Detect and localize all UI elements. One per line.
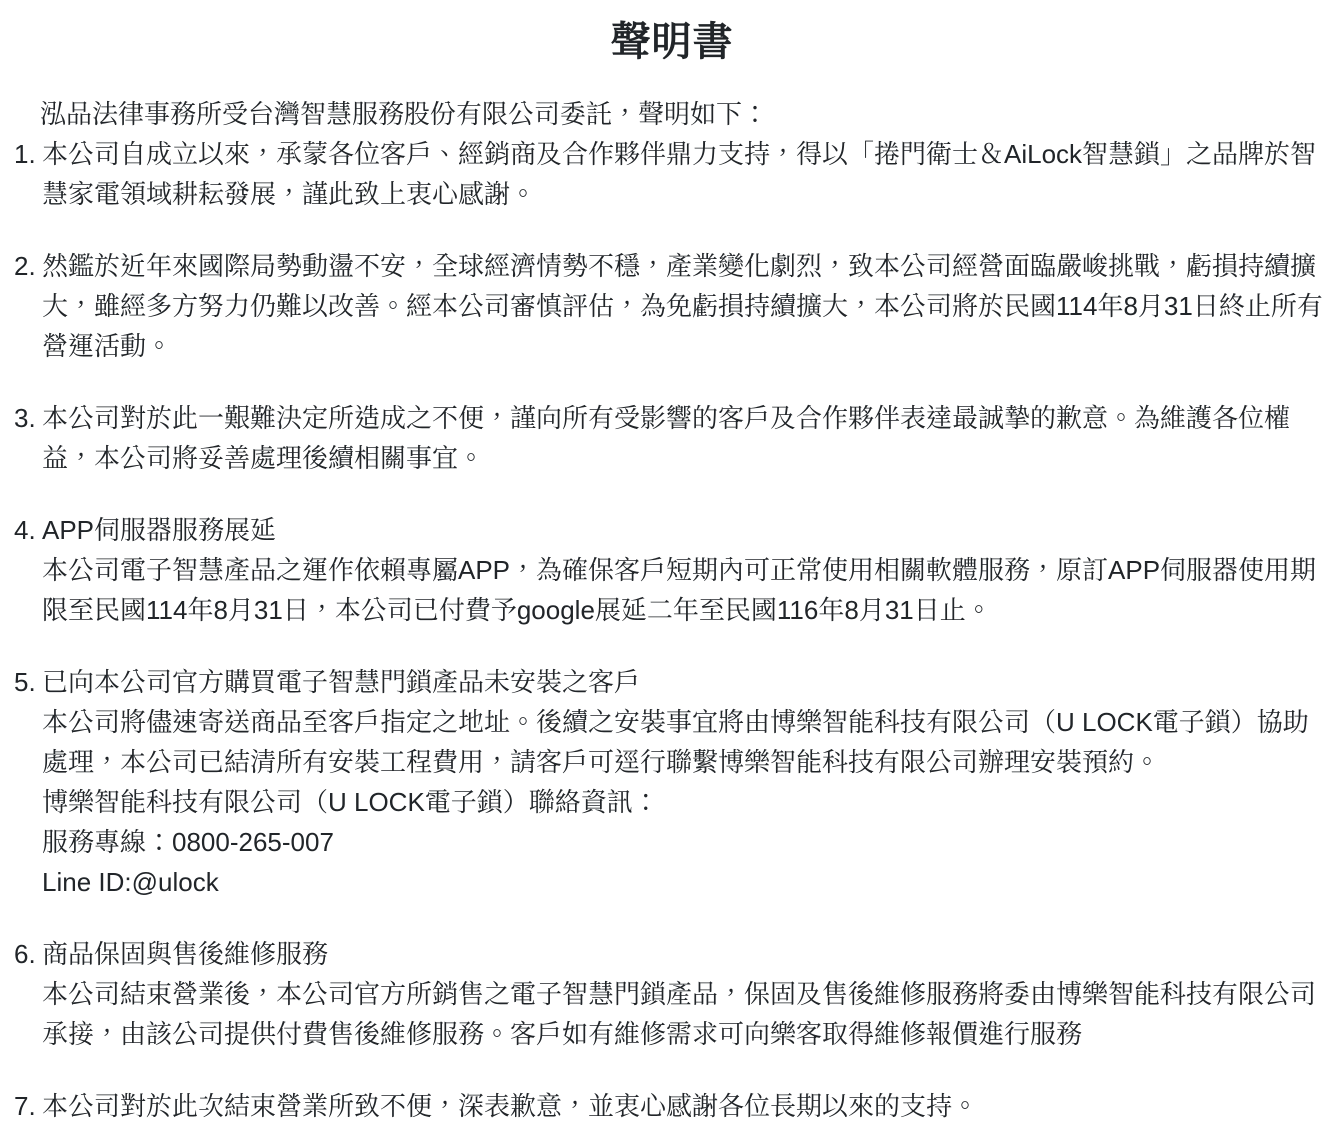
item-text: 本公司對於此一艱難決定所造成之不便，謹向所有受影響的客戶及合作夥伴表達最誠摯的歉…	[42, 398, 1326, 478]
intro-line: 泓品法律事務所受台灣智慧服務股份有限公司委託，聲明如下：	[14, 94, 1330, 134]
item-number: 6.	[14, 934, 42, 974]
item-heading: 已向本公司官方購買電子智慧門鎖產品未安裝之客戶	[42, 662, 1326, 702]
item-number: 4.	[14, 510, 42, 550]
page-title: 聲明書	[14, 14, 1330, 70]
list-item: 1. 本公司自成立以來，承蒙各位客戶、經銷商及合作夥伴鼎力支持，得以「捲門衛士＆…	[14, 134, 1330, 214]
item-body: 本公司對於此一艱難決定所造成之不便，謹向所有受影響的客戶及合作夥伴表達最誠摯的歉…	[42, 398, 1330, 478]
statement-list: 1. 本公司自成立以來，承蒙各位客戶、經銷商及合作夥伴鼎力支持，得以「捲門衛士＆…	[14, 134, 1330, 1126]
item-number: 2.	[14, 246, 42, 286]
item-text: 本公司電子智慧產品之運作依賴專屬APP，為確保客戶短期內可正常使用相關軟體服務，…	[42, 550, 1326, 630]
list-item: 3. 本公司對於此一艱難決定所造成之不便，謹向所有受影響的客戶及合作夥伴表達最誠…	[14, 398, 1330, 478]
item-text: 然鑑於近年來國際局勢動盪不安，全球經濟情勢不穩，產業變化劇烈，致本公司經營面臨嚴…	[42, 246, 1326, 366]
item-text: 本公司自成立以來，承蒙各位客戶、經銷商及合作夥伴鼎力支持，得以「捲門衛士＆AiL…	[42, 134, 1326, 214]
item-text: 本公司結束營業後，本公司官方所銷售之電子智慧門鎖產品，保固及售後維修服務將委由博…	[42, 974, 1326, 1054]
item-number: 5.	[14, 662, 42, 702]
item-heading: APP伺服器服務展延	[42, 510, 1326, 550]
contact-info-label: 博樂智能科技有限公司（U LOCK電子鎖）聯絡資訊：	[42, 782, 1326, 822]
list-item: 2. 然鑑於近年來國際局勢動盪不安，全球經濟情勢不穩，產業變化劇烈，致本公司經營…	[14, 246, 1330, 366]
item-body: 商品保固與售後維修服務 本公司結束營業後，本公司官方所銷售之電子智慧門鎖產品，保…	[42, 934, 1330, 1054]
item-body: 已向本公司官方購買電子智慧門鎖產品未安裝之客戶 本公司將儘速寄送商品至客戶指定之…	[42, 662, 1330, 902]
service-hotline: 服務專線：0800-265-007	[42, 822, 1326, 862]
item-text: 本公司將儘速寄送商品至客戶指定之地址。後續之安裝事宜將由博樂智能科技有限公司（U…	[42, 702, 1326, 782]
list-item: 4. APP伺服器服務展延 本公司電子智慧產品之運作依賴專屬APP，為確保客戶短…	[14, 510, 1330, 630]
list-item: 6. 商品保固與售後維修服務 本公司結束營業後，本公司官方所銷售之電子智慧門鎖產…	[14, 934, 1330, 1054]
item-body: 本公司對於此次結束營業所致不便，深表歉意，並衷心感謝各位長期以來的支持。	[42, 1086, 1330, 1126]
item-number: 1.	[14, 134, 42, 174]
item-number: 3.	[14, 398, 42, 438]
list-item: 7. 本公司對於此次結束營業所致不便，深表歉意，並衷心感謝各位長期以來的支持。	[14, 1086, 1330, 1126]
item-text: 本公司對於此次結束營業所致不便，深表歉意，並衷心感謝各位長期以來的支持。	[42, 1086, 1326, 1126]
line-id: Line ID:@ulock	[42, 862, 1326, 902]
item-heading: 商品保固與售後維修服務	[42, 934, 1326, 974]
item-body: APP伺服器服務展延 本公司電子智慧產品之運作依賴專屬APP，為確保客戶短期內可…	[42, 510, 1330, 630]
item-number: 7.	[14, 1086, 42, 1126]
statement-document: 聲明書 泓品法律事務所受台灣智慧服務股份有限公司委託，聲明如下： 1. 本公司自…	[0, 0, 1342, 1146]
list-item: 5. 已向本公司官方購買電子智慧門鎖產品未安裝之客戶 本公司將儘速寄送商品至客戶…	[14, 662, 1330, 902]
item-body: 本公司自成立以來，承蒙各位客戶、經銷商及合作夥伴鼎力支持，得以「捲門衛士＆AiL…	[42, 134, 1330, 214]
item-body: 然鑑於近年來國際局勢動盪不安，全球經濟情勢不穩，產業變化劇烈，致本公司經營面臨嚴…	[42, 246, 1330, 366]
